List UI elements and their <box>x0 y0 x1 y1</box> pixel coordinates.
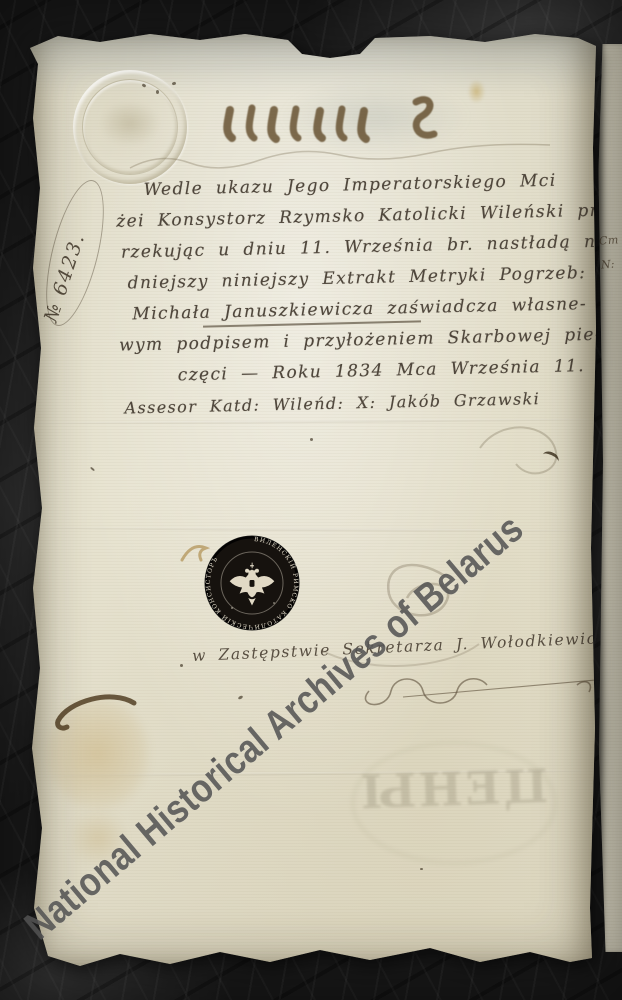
deceased-name: Januszkiewicza <box>224 299 375 322</box>
document-page: № 6423. Wedle ukazu Jego Imperatorskiego… <box>30 28 596 970</box>
bleedthrough-flourish <box>218 92 448 156</box>
ink-speck <box>420 868 423 870</box>
name-suffix: zaświadcza własne- <box>374 294 587 319</box>
signature-flourish <box>345 665 620 713</box>
ink-speck <box>90 467 95 472</box>
neighbor-fragment: Cm <box>599 233 620 247</box>
age-stain <box>468 80 485 103</box>
wax-mark <box>180 538 214 566</box>
ink-speck <box>180 664 183 667</box>
manuscript-body: Wedle ukazu Jego Imperatorskiego Mci żei… <box>115 164 620 423</box>
embossed-eagle-relief <box>97 104 163 148</box>
name-prefix: Michała <box>132 302 224 324</box>
ink-speck <box>310 438 313 441</box>
showthrough-text: ЦЕНЫ <box>367 759 549 819</box>
neighbor-fragment-number: N: <box>601 258 616 272</box>
paper-sheet: № 6423. Wedle ukazu Jego Imperatorskiego… <box>30 28 596 970</box>
ink-speck <box>156 90 159 94</box>
archival-photo: Cm N: <box>0 0 622 1000</box>
wax-seal: ВИЛЕНСКІЙ РИМСКО КАТОЛИЧЕСКІЙ КОНСИСТОРЪ <box>202 533 302 633</box>
margin-curl <box>50 693 140 737</box>
ink-speck <box>238 695 244 700</box>
ghost-flourish <box>460 408 580 488</box>
